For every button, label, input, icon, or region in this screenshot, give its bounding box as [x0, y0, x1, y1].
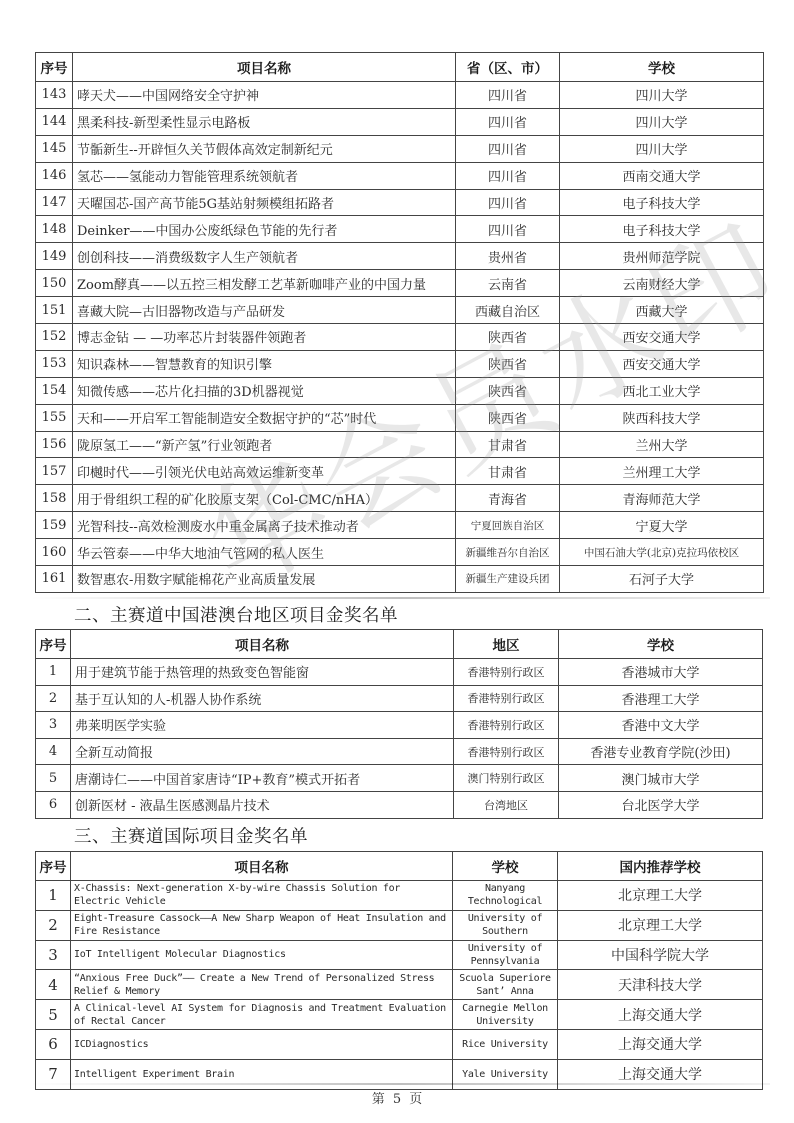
table-header-row: 序号 项目名称 省（区、市） 学校: [36, 53, 764, 82]
scan-artifact: [30, 597, 770, 599]
serial-number: 5: [36, 765, 71, 792]
province: 宁夏回族自治区: [456, 512, 560, 539]
project-name: 数智惠农-用数字赋能棉花产业高质量发展: [73, 566, 456, 593]
header-project-name: 项目名称: [71, 630, 454, 659]
serial-number: 2: [36, 910, 71, 940]
table-row: 5唐潮诗仁——中国首家唐诗“IP+教育”模式开拓者澳门特别行政区澳门城市大学: [36, 765, 763, 792]
school: University of Southern: [453, 910, 558, 940]
table-row: 150Zoom酵真——以五控三相发酵工艺革新咖啡产业的中国力量云南省云南财经大学: [36, 270, 764, 297]
table-row: 155天和——开启军工智能制造安全数据守护的“芯”时代陕西省陕西科技大学: [36, 404, 764, 431]
province: 四川省: [456, 189, 560, 216]
domestic-recommending-school: 中国科学院大学: [558, 940, 763, 970]
serial-number: 146: [36, 162, 73, 189]
serial-number: 6: [36, 791, 71, 818]
school: 宁夏大学: [560, 512, 764, 539]
project-name: 创新医材 - 液晶生医感测晶片技术: [71, 791, 454, 818]
serial-number: 150: [36, 270, 73, 297]
table-row: 5A Clinical-level AI System for Diagnosi…: [36, 1000, 763, 1030]
gold-award-table-international: 序号 项目名称 学校 国内推荐学校 1X-Chassis: Next-gener…: [35, 851, 763, 1090]
domestic-recommending-school: 天津科技大学: [558, 970, 763, 1000]
table-row: 146氢芯——氢能动力智能管理系统领航者四川省西南交通大学: [36, 162, 764, 189]
school: Nanyang Technological: [453, 881, 558, 911]
table-row: 144黑柔科技-新型柔性显示电路板四川省四川大学: [36, 108, 764, 135]
school: 石河子大学: [560, 566, 764, 593]
table-row: 4全新互动简报香港特别行政区香港专业教育学院(沙田): [36, 738, 763, 765]
gold-award-table-mainland-continued: 序号 项目名称 省（区、市） 学校 143哮天犬——中国网络安全守护神四川省四川…: [35, 52, 764, 593]
school: 电子科技大学: [560, 189, 764, 216]
province: 甘肃省: [456, 458, 560, 485]
table-row: 153知识森林——智慧教育的知识引擎陕西省西安交通大学: [36, 350, 764, 377]
serial-number: 161: [36, 566, 73, 593]
serial-number: 6: [36, 1029, 71, 1059]
table-row: 147天曜国芯-国产高节能5G基站射频模组拓路者四川省电子科技大学: [36, 189, 764, 216]
school: Scuola Superiore Sant’ Anna: [453, 970, 558, 1000]
province: 陕西省: [456, 404, 560, 431]
project-name: 知识森林——智慧教育的知识引擎: [73, 350, 456, 377]
school: 西藏大学: [560, 297, 764, 324]
school: 兰州理工大学: [560, 458, 764, 485]
table-row: 4“Anxious Free Duck”—— Create a New Tren…: [36, 970, 763, 1000]
table-row: 145节骺新生--开辟恒久关节假体高效定制新纪元四川省四川大学: [36, 135, 764, 162]
header-school: 学校: [559, 630, 763, 659]
serial-number: 156: [36, 431, 73, 458]
header-school: 学校: [453, 852, 558, 881]
header-serial: 序号: [36, 852, 71, 881]
province: 陕西省: [456, 350, 560, 377]
serial-number: 159: [36, 512, 73, 539]
project-name: “Anxious Free Duck”—— Create a New Trend…: [71, 970, 453, 1000]
serial-number: 4: [36, 738, 71, 765]
project-name: X-Chassis: Next-generation X-by-wire Cha…: [71, 881, 453, 911]
serial-number: 148: [36, 216, 73, 243]
school: 西安交通大学: [560, 350, 764, 377]
region: 香港特别行政区: [454, 685, 559, 712]
serial-number: 1: [36, 659, 71, 686]
project-name: 哮天犬——中国网络安全守护神: [73, 82, 456, 109]
project-name: 黑柔科技-新型柔性显示电路板: [73, 108, 456, 135]
province: 四川省: [456, 135, 560, 162]
project-name: 用于骨组织工程的矿化胶原支架（Col-CMC/nHA）: [73, 485, 456, 512]
province: 新疆维吾尔自治区: [456, 539, 560, 566]
domestic-recommending-school: 上海交通大学: [558, 1000, 763, 1030]
province: 云南省: [456, 270, 560, 297]
table-row: 1X-Chassis: Next-generation X-by-wire Ch…: [36, 881, 763, 911]
province: 新疆生产建设兵团: [456, 566, 560, 593]
header-project-name: 项目名称: [73, 53, 456, 82]
school: 青海师范大学: [560, 485, 764, 512]
project-name: A Clinical-level AI System for Diagnosis…: [71, 1000, 453, 1030]
serial-number: 157: [36, 458, 73, 485]
serial-number: 3: [36, 712, 71, 739]
province: 甘肃省: [456, 431, 560, 458]
project-name: 陇原氢工——“新产氢”行业领跑者: [73, 431, 456, 458]
serial-number: 152: [36, 324, 73, 351]
school: Rice University: [453, 1029, 558, 1059]
school: 香港城市大学: [559, 659, 763, 686]
header-province: 省（区、市）: [456, 53, 560, 82]
province: 四川省: [456, 82, 560, 109]
serial-number: 145: [36, 135, 73, 162]
school: Carnegie Mellon University: [453, 1000, 558, 1030]
table-row: 160华云管泰——中华大地油气管网的私人医生新疆维吾尔自治区中国石油大学(北京)…: [36, 539, 764, 566]
table-header-row: 序号 项目名称 学校 国内推荐学校: [36, 852, 763, 881]
header-school: 学校: [560, 53, 764, 82]
table-row: 3IoT Intelligent Molecular DiagnosticsUn…: [36, 940, 763, 970]
school: 兰州大学: [560, 431, 764, 458]
project-name: 全新互动简报: [71, 738, 454, 765]
table-row: 143哮天犬——中国网络安全守护神四川省四川大学: [36, 82, 764, 109]
header-region: 地区: [454, 630, 559, 659]
project-name: 博志金钻 — —功率芯片封装器件领跑者: [73, 324, 456, 351]
serial-number: 5: [36, 1000, 71, 1030]
table-row: 6ICDiagnosticsRice University上海交通大学: [36, 1029, 763, 1059]
school: 西南交通大学: [560, 162, 764, 189]
project-name: 用于建筑节能于热管理的热致变色智能窗: [71, 659, 454, 686]
table-row: 161数智惠农-用数字赋能棉花产业高质量发展新疆生产建设兵团石河子大学: [36, 566, 764, 593]
serial-number: 158: [36, 485, 73, 512]
header-project-name: 项目名称: [71, 852, 453, 881]
project-name: 创创科技——消费级数字人生产领航者: [73, 243, 456, 270]
province: 青海省: [456, 485, 560, 512]
serial-number: 144: [36, 108, 73, 135]
header-serial: 序号: [36, 630, 71, 659]
project-name: IoT Intelligent Molecular Diagnostics: [71, 940, 453, 970]
serial-number: 2: [36, 685, 71, 712]
serial-number: 4: [36, 970, 71, 1000]
school: 台北医学大学: [559, 791, 763, 818]
school: 陕西科技大学: [560, 404, 764, 431]
table-row: 148Deinker——中国办公废纸绿色节能的先行者四川省电子科技大学: [36, 216, 764, 243]
project-name: 天和——开启军工智能制造安全数据守护的“芯”时代: [73, 404, 456, 431]
province: 西藏自治区: [456, 297, 560, 324]
school: 香港理工大学: [559, 685, 763, 712]
region: 香港特别行政区: [454, 712, 559, 739]
province: 四川省: [456, 108, 560, 135]
project-name: 弗莱明医学实验: [71, 712, 454, 739]
region: 香港特别行政区: [454, 738, 559, 765]
gold-award-table-hk-macao-taiwan: 序号 项目名称 地区 学校 1用于建筑节能于热管理的热致变色智能窗香港特别行政区…: [35, 629, 763, 819]
table-row: 149创创科技——消费级数字人生产领航者贵州省贵州师范学院: [36, 243, 764, 270]
school: 四川大学: [560, 82, 764, 109]
section-title-hk-macao-taiwan: 二、主赛道中国港澳台地区项目金奖名单: [74, 602, 398, 627]
school: 贵州师范学院: [560, 243, 764, 270]
project-name: 知微传感——芯片化扫描的3D机器视觉: [73, 377, 456, 404]
project-name: 光智科技--高效检测废水中重金属离子技术推动者: [73, 512, 456, 539]
region: 香港特别行政区: [454, 659, 559, 686]
serial-number: 3: [36, 940, 71, 970]
table-row: 152博志金钻 — —功率芯片封装器件领跑者陕西省西安交通大学: [36, 324, 764, 351]
table-row: 156陇原氢工——“新产氢”行业领跑者甘肃省兰州大学: [36, 431, 764, 458]
project-name: 节骺新生--开辟恒久关节假体高效定制新纪元: [73, 135, 456, 162]
project-name: 天曜国芯-国产高节能5G基站射频模组拓路者: [73, 189, 456, 216]
project-name: Zoom酵真——以五控三相发酵工艺革新咖啡产业的中国力量: [73, 270, 456, 297]
province: 陕西省: [456, 377, 560, 404]
serial-number: 147: [36, 189, 73, 216]
project-name: ICDiagnostics: [71, 1029, 453, 1059]
table-row: 2基于互认知的人-机器人协作系统香港特别行政区香港理工大学: [36, 685, 763, 712]
table-row: 158用于骨组织工程的矿化胶原支架（Col-CMC/nHA）青海省青海师范大学: [36, 485, 764, 512]
scan-artifact: [30, 1083, 770, 1085]
page-number: 第 5 页: [0, 1088, 794, 1107]
domestic-recommending-school: 上海交通大学: [558, 1029, 763, 1059]
project-name: 氢芯——氢能动力智能管理系统领航者: [73, 162, 456, 189]
school: 云南财经大学: [560, 270, 764, 297]
serial-number: 1: [36, 881, 71, 911]
serial-number: 160: [36, 539, 73, 566]
school: 香港中文大学: [559, 712, 763, 739]
document-page: 序号 项目名称 省（区、市） 学校 143哮天犬——中国网络安全守护神四川省四川…: [0, 0, 794, 1123]
school: 西安交通大学: [560, 324, 764, 351]
project-name: 喜藏大院—古旧器物改造与产品研发: [73, 297, 456, 324]
region: 台湾地区: [454, 791, 559, 818]
project-name: 华云管泰——中华大地油气管网的私人医生: [73, 539, 456, 566]
province: 四川省: [456, 162, 560, 189]
province: 陕西省: [456, 324, 560, 351]
table-row: 6创新医材 - 液晶生医感测晶片技术台湾地区台北医学大学: [36, 791, 763, 818]
school: 澳门城市大学: [559, 765, 763, 792]
province: 贵州省: [456, 243, 560, 270]
table-row: 1用于建筑节能于热管理的热致变色智能窗香港特别行政区香港城市大学: [36, 659, 763, 686]
school: 四川大学: [560, 108, 764, 135]
school: 四川大学: [560, 135, 764, 162]
school: 电子科技大学: [560, 216, 764, 243]
table-header-row: 序号 项目名称 地区 学校: [36, 630, 763, 659]
project-name: Eight-Treasure Cassock——A New Sharp Weap…: [71, 910, 453, 940]
project-name: 基于互认知的人-机器人协作系统: [71, 685, 454, 712]
school: 中国石油大学(北京)克拉玛依校区: [560, 539, 764, 566]
table-row: 159光智科技--高效检测废水中重金属离子技术推动者宁夏回族自治区宁夏大学: [36, 512, 764, 539]
school: 西北工业大学: [560, 377, 764, 404]
serial-number: 154: [36, 377, 73, 404]
project-name: 唐潮诗仁——中国首家唐诗“IP+教育”模式开拓者: [71, 765, 454, 792]
header-domestic-school: 国内推荐学校: [558, 852, 763, 881]
region: 澳门特别行政区: [454, 765, 559, 792]
table-row: 154知微传感——芯片化扫描的3D机器视觉陕西省西北工业大学: [36, 377, 764, 404]
serial-number: 149: [36, 243, 73, 270]
project-name: Deinker——中国办公废纸绿色节能的先行者: [73, 216, 456, 243]
school: 香港专业教育学院(沙田): [559, 738, 763, 765]
table-row: 2Eight-Treasure Cassock——A New Sharp Wea…: [36, 910, 763, 940]
serial-number: 151: [36, 297, 73, 324]
province: 四川省: [456, 216, 560, 243]
project-name: 印樾时代——引领光伏电站高效运维新变革: [73, 458, 456, 485]
domestic-recommending-school: 北京理工大学: [558, 910, 763, 940]
serial-number: 155: [36, 404, 73, 431]
table-row: 151喜藏大院—古旧器物改造与产品研发西藏自治区西藏大学: [36, 297, 764, 324]
header-serial: 序号: [36, 53, 73, 82]
table-row: 157印樾时代——引领光伏电站高效运维新变革甘肃省兰州理工大学: [36, 458, 764, 485]
table-row: 3弗莱明医学实验香港特别行政区香港中文大学: [36, 712, 763, 739]
section-title-international: 三、主赛道国际项目金奖名单: [74, 823, 308, 848]
school: University of Pennsylvania: [453, 940, 558, 970]
serial-number: 153: [36, 350, 73, 377]
domestic-recommending-school: 北京理工大学: [558, 881, 763, 911]
serial-number: 143: [36, 82, 73, 109]
